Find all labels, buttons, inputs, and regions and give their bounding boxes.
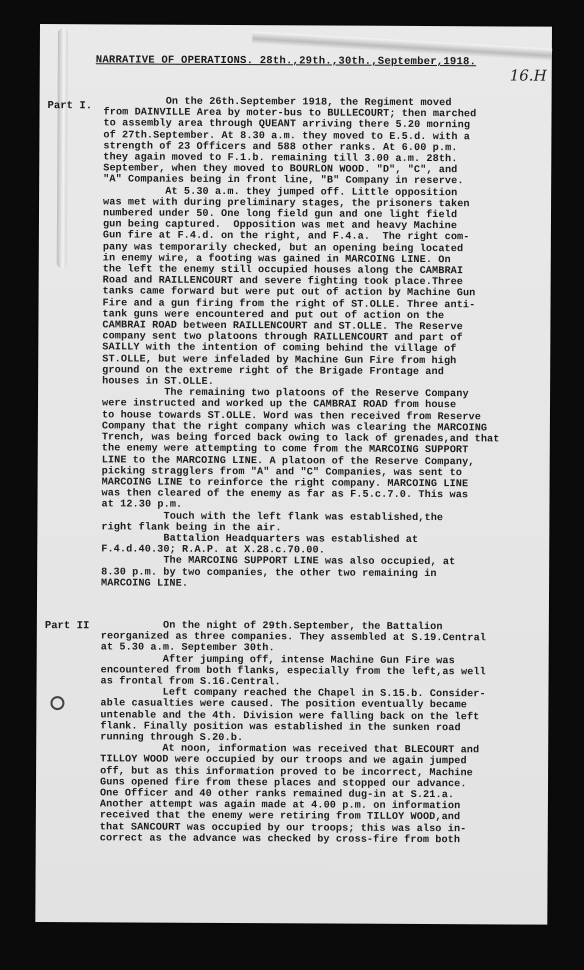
document-page: NARRATIVE OF OPERATIONS. 28th.,29th.,30t… [35,24,552,925]
paper-fold-left [57,28,68,268]
part-1-text: On the 26th.September 1918, the Regiment… [101,96,554,591]
text-line: correct as the advance was checked by cr… [100,833,550,847]
reference-mark: 16.H [510,66,547,84]
punch-hole-mark [50,696,64,710]
document-title: NARRATIVE OF OPERATIONS. 28th.,29th.,30t… [96,54,476,68]
part-2-text: On the night of 29th.September, the Batt… [100,620,551,846]
part-1-label: Part I. [48,100,93,112]
part-2-label: Part II [45,620,90,632]
text-line: MARCOING LINE. [101,578,551,592]
